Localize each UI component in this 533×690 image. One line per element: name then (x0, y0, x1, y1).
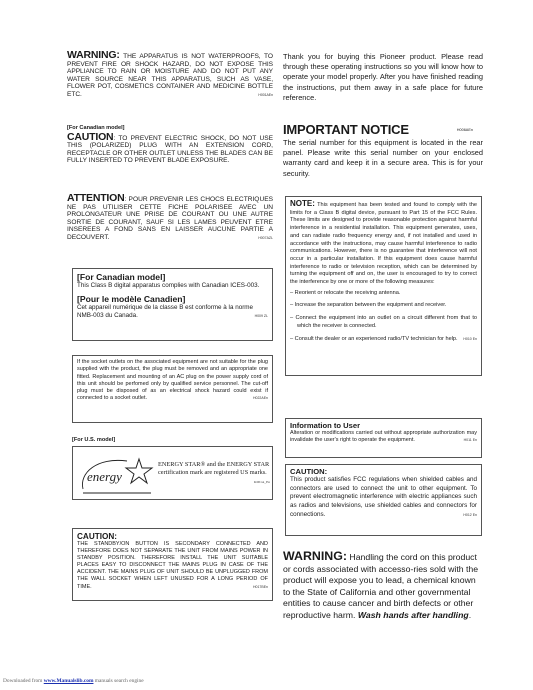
socket-body: If the socket outlets on the associated … (77, 359, 268, 401)
note-heading: NOTE: (290, 199, 315, 208)
warning-body: THE APPARATUS IS NOT WATERPROOFS, TO PRE… (67, 53, 273, 98)
doc-code: H006AEn (457, 128, 473, 132)
warning-heading: WARNING: (67, 49, 120, 61)
attention-heading: ATTENTION (67, 192, 125, 204)
socket-outlet-box: If the socket outlets on the associated … (72, 355, 273, 423)
doc-code: H010 En (470, 336, 477, 344)
important-notice-body: The serial number for this equipment is … (283, 138, 483, 179)
lead-warning-heading: WARNING: (283, 549, 347, 563)
fcc-caution-body: This product satisfies FCC regulations w… (290, 476, 477, 518)
measure-item: – Consult the dealer or an experienced r… (290, 336, 477, 344)
thank-you-intro: Thank you for buying this Pioneer produc… (283, 52, 483, 103)
doc-code: H009 ZL (255, 312, 268, 320)
important-notice: IMPORTANT NOTICE H006AEn The serial numb… (283, 122, 483, 179)
ices-heading-fr: [Pour le modèle Canadien] (77, 294, 268, 304)
ices-compliance-box: [For Canadian model] This Class B digita… (72, 268, 273, 341)
ices-body-fr-text: Cet appareil numérique de la classe B es… (77, 304, 253, 319)
measure-item: – Reorient or relocate the receiving ant… (290, 290, 477, 298)
fcc-caution-heading: CAUTION: (290, 467, 477, 476)
ices-heading-en: [For Canadian model] (77, 272, 268, 282)
info-heading: Information to User (290, 421, 477, 430)
doc-code: H001AEn (258, 92, 273, 100)
doc-code: H011 En (464, 437, 477, 444)
us-model-tag: [For U.S. model] (72, 437, 115, 443)
download-footer: Downloaded from www.Manualslib.com manua… (3, 678, 144, 684)
caution-heading: CAUTION (67, 131, 113, 143)
lead-warning: WARNING: Handling the cord on this produ… (283, 551, 483, 622)
attention-body: : POUR PREVENIR LES CHOCS ELECTRIQUES NE… (67, 196, 273, 241)
waterproof-warning: WARNING: THE APPARATUS IS NOT WATERPROOF… (67, 52, 273, 100)
important-notice-heading: IMPORTANT NOTICE (283, 122, 483, 137)
fcc-caution-box: CAUTION: This product satisfies FCC regu… (285, 464, 482, 536)
doc-code: H022AEn (253, 395, 268, 402)
doc-code: K001A_En (254, 478, 270, 486)
measures-list: – Reorient or relocate the receiving ant… (290, 290, 477, 344)
doc-code: H007AZL (258, 235, 273, 243)
canadian-caution: [For Canadian model] CAUTION: TO PREVENT… (67, 125, 273, 165)
manualslib-link[interactable]: www.Manualslib.com (44, 678, 94, 684)
doc-code: H012 En (463, 511, 477, 520)
measure-item: – Connect the equipment into an outlet o… (290, 315, 477, 330)
measure-item: – Increase the separation between the eq… (290, 302, 477, 310)
measure-text: – Consult the dealer or an experienced r… (290, 336, 458, 342)
info-to-user-box: Information to User Alteration or modifi… (285, 418, 482, 458)
standby-caution-box: CAUTION: THE STANDBY/ON BUTTON IS SECOND… (72, 528, 273, 601)
ices-body-en: This Class B digital apparatus complies … (77, 282, 268, 290)
lead-warning-end: . (469, 610, 471, 620)
energy-star-box: energy ENERGY STAR® and the ENERGY STAR … (72, 446, 273, 500)
standby-caution-heading: CAUTION: (77, 532, 268, 541)
energy-star-logo-icon: energy (77, 451, 155, 497)
standby-caution-body: THE STANDBY/ON BUTTON IS SECONDARY CONNE… (77, 541, 268, 590)
doc-code: H017BEn (253, 584, 268, 591)
footer-prefix: Downloaded from (3, 678, 44, 684)
fcc-note-box: NOTE: This equipment has been tested and… (285, 196, 482, 376)
energy-star-body: ENERGY STAR® and the ENERGY STAR certifi… (158, 461, 269, 476)
note-body: This equipment has been tested and found… (290, 202, 477, 285)
lead-warning-emphasis: Wash hands after handling (358, 610, 469, 620)
footer-suffix: manuals search engine (93, 678, 143, 684)
energy-star-text: ENERGY STAR® and the ENERGY STAR certifi… (158, 461, 270, 486)
ices-body-fr: Cet appareil numérique de la classe B es… (77, 304, 268, 320)
svg-text:energy: energy (87, 469, 122, 484)
info-body: Alteration or modifications carried out … (290, 430, 477, 443)
attention-notice-fr: ATTENTION: POUR PREVENIR LES CHOCS ELECT… (67, 195, 273, 243)
